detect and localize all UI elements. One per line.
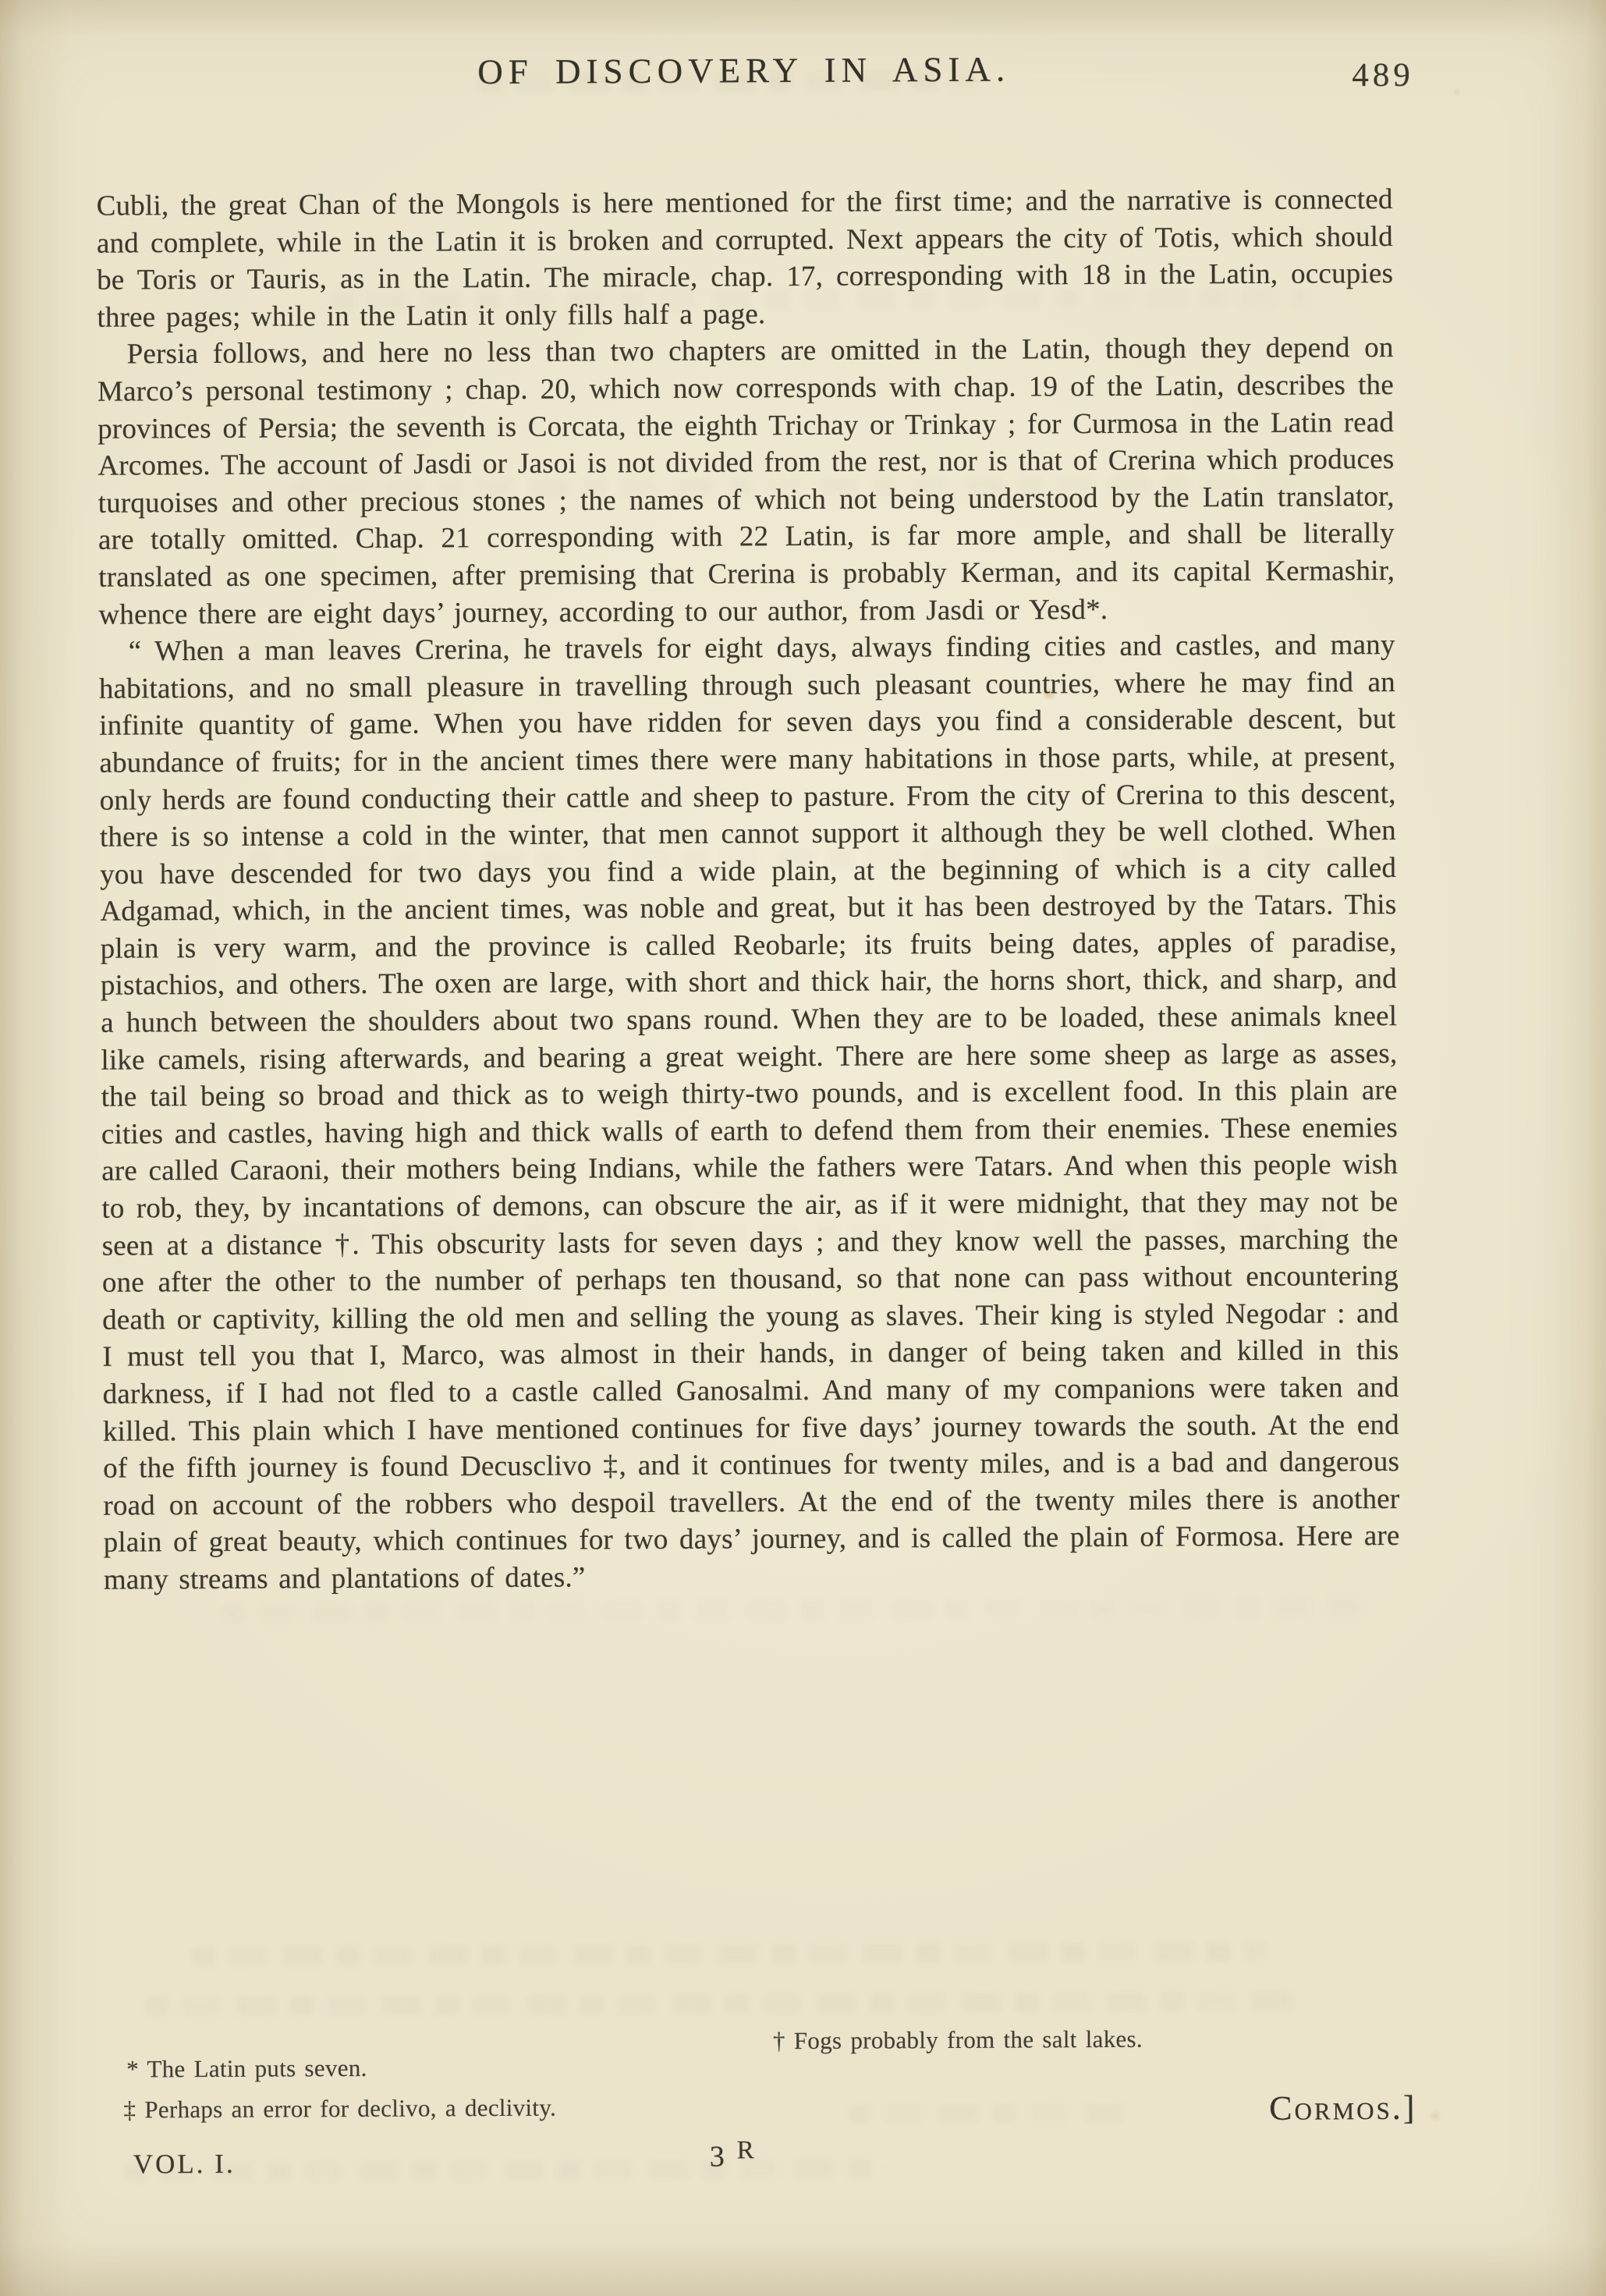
footnote-double-dagger: ‡ Perhaps an error for declivo, a decliv…	[123, 2094, 556, 2124]
catchword: Cormos.]	[1128, 2088, 1416, 2129]
running-header-title: OF DISCOVERY IN ASIA.	[96, 47, 1392, 94]
signature-letter: R	[737, 2136, 756, 2165]
footnote-dagger: † Fogs probably from the salt lakes.	[773, 2025, 1143, 2055]
show-through-smudge	[847, 2103, 1128, 2124]
show-through-smudge	[221, 1598, 1360, 1623]
page-number: 489	[1289, 56, 1414, 95]
footnote-star: * The Latin puts seven.	[126, 2054, 367, 2084]
book-page: OF DISCOVERY IN ASIA. 489 Cubli, the gre…	[0, 0, 1606, 2296]
show-through-smudge	[122, 2159, 887, 2181]
paragraph-persia: Persia follows, and here no less than tw…	[97, 329, 1395, 633]
paragraph-quotation-marco: “ When a man leaves Crerina, he travels …	[99, 626, 1400, 1599]
paragraph-cubli: Cubli, the great Chan of the Mongols is …	[97, 181, 1394, 336]
volume-label: VOL. I.	[133, 2149, 236, 2181]
signature-mark: 3R	[710, 2139, 756, 2174]
signature-number: 3	[710, 2141, 726, 2174]
show-through-smudge	[191, 1942, 1267, 1966]
page-content: OF DISCOVERY IN ASIA. 489 Cubli, the gre…	[0, 0, 1606, 2296]
body-text: Cubli, the great Chan of the Mongols is …	[97, 181, 1400, 1599]
show-through-smudge	[145, 1992, 1299, 2017]
